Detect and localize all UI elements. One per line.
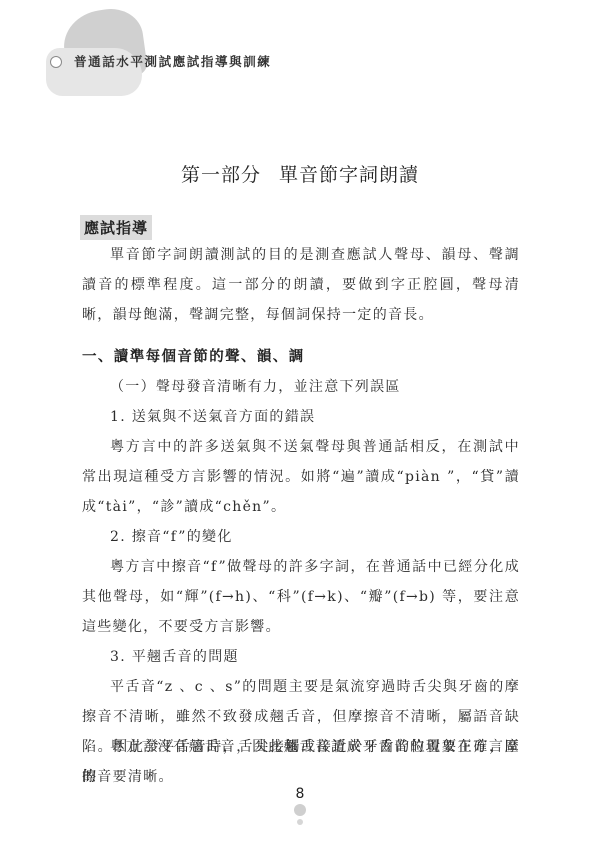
item-title-2: 2. 擦音“f”的變化: [110, 522, 233, 552]
page-number: 8: [0, 786, 600, 802]
item-title-3: 3. 平翹舌音的問題: [110, 642, 239, 672]
section-heading: 一、讀準每個音節的聲、韻、調: [82, 345, 305, 366]
subheading: （一）聲母發音清晰有力，並注意下列誤區: [110, 372, 401, 402]
footer-dot-large: [294, 804, 306, 816]
intro-paragraph: 單音節字詞朗讀測試的目的是測查應試人聲母、韻母、聲調讀音的標準程度。這一部分的朗…: [82, 240, 520, 330]
running-title: 普通話水平測試應試指導與訓練: [74, 52, 271, 70]
item-title-1: 1. 送氣與不送氣音方面的錯誤: [110, 402, 315, 432]
item-paragraph-4: 粵方言沒有翹舌音，因此翹舌音讀成平舌音的現象在方言區的: [82, 732, 520, 792]
chapter-name: 單音節字詞朗讀: [279, 164, 419, 186]
item-paragraph-2: 粵方言中擦音“f”做聲母的許多字詞，在普通話中已經分化成其他聲母，如“輝”(f→…: [82, 552, 520, 642]
footer-dot-small: [297, 819, 303, 825]
circle-bullet-icon: [50, 56, 62, 68]
section-tag: 應試指導: [80, 215, 152, 240]
item-paragraph-1: 粵方言中的許多送氣與不送氣聲母與普通話相反，在測試中常出現這種受方言影響的情況。…: [82, 432, 520, 522]
chapter-part: 第一部分: [181, 164, 261, 186]
chapter-title: 第一部分單音節字詞朗讀: [0, 160, 600, 187]
